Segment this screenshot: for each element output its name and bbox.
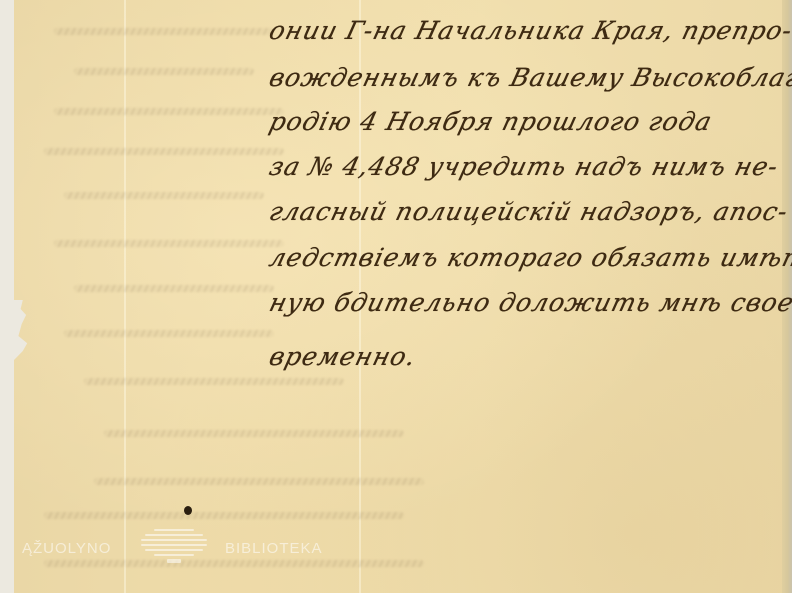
script-line-6: ледствіемъ котораго обязать имѣт- [266, 243, 792, 272]
watermark-right-text: BIBLIOTEKA [225, 540, 323, 562]
bleed-through-line [54, 108, 284, 115]
script-line-5: гласный полицейскій надзоръ, апос- [266, 197, 791, 226]
script-line-2: вожденнымъ къ Вашему Высокоблаго- [266, 63, 792, 92]
bleed-through-line [74, 68, 254, 75]
bleed-through-line [44, 148, 284, 155]
bleed-through-line [74, 285, 274, 292]
bleed-through-line [54, 28, 274, 35]
watermark-logo-icon [140, 526, 208, 574]
bleed-through-line [84, 378, 344, 385]
script-line-3: родію 4 Ноября прошлого года [266, 107, 715, 136]
script-line-4: за № 4,488 учредить надъ нимъ не- [266, 152, 781, 181]
bleed-through-line [44, 512, 404, 519]
paper-fold [124, 0, 126, 593]
script-line-8: временно. [266, 342, 419, 371]
bleed-through-line [64, 192, 264, 199]
ink-spot [184, 506, 192, 515]
bleed-through-line [104, 430, 404, 437]
bleed-through-line [54, 240, 284, 247]
bleed-through-line [94, 478, 424, 485]
torn-edge [14, 300, 36, 360]
script-line-1: онии Г-на Начальника Края, препро- [266, 16, 792, 45]
bleed-through-line [64, 330, 274, 337]
watermark-left-text: ĄŽUOLYNO [22, 540, 111, 562]
script-line-7: ную бдительно доложить мнѣ свое- [266, 288, 792, 317]
